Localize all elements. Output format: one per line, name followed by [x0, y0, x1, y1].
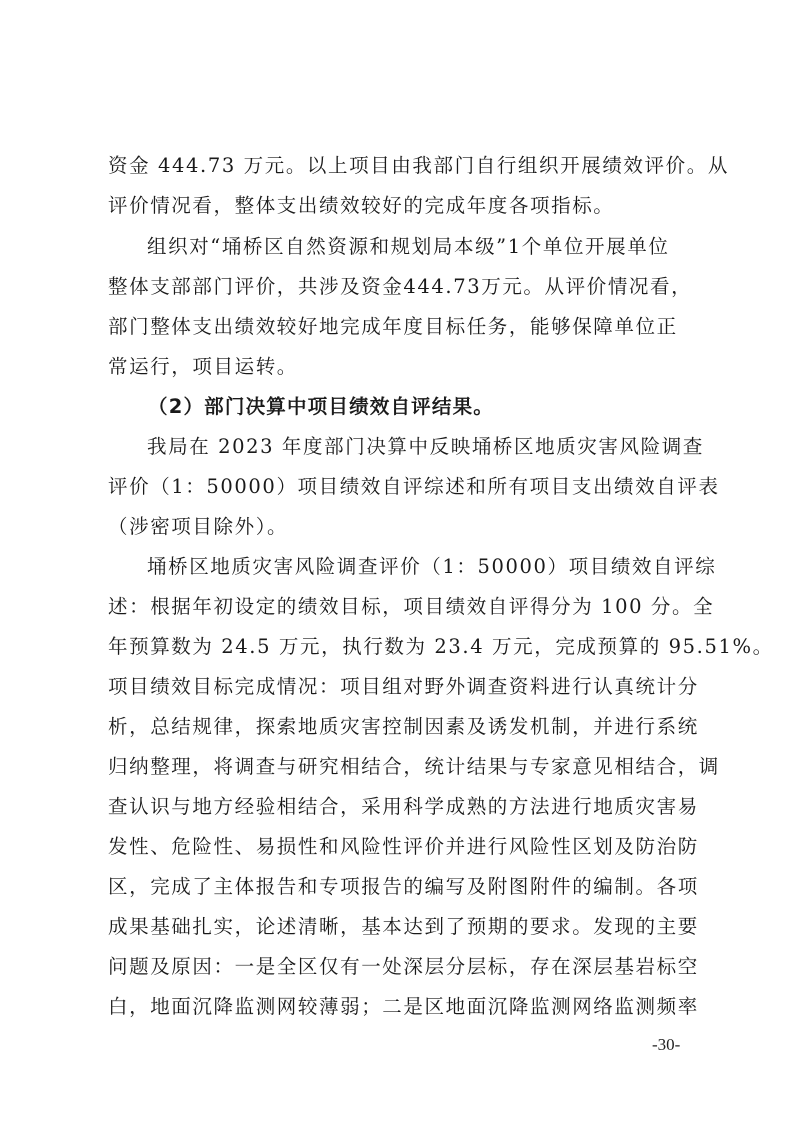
paragraph-line: 白，地面沉降监测网较薄弱；二是区地面沉降监测网络监测频率 [108, 993, 692, 1021]
paragraph-line: 常运行，项目运转。 [108, 353, 692, 381]
paragraph-line: （涉密项目除外）。 [108, 513, 692, 541]
paragraph-line: 归纳整理，将调查与研究相结合，统计结果与专家意见相结合，调 [108, 753, 692, 781]
paragraph-line: 评价情况看，整体支出绩效较好的完成年度各项指标。 [108, 192, 692, 220]
paragraph-line: 年预算数为 24.5 万元，执行数为 23.4 万元，完成预算的 95.51%。 [108, 633, 692, 661]
document-page: 资金 444.73 万元。以上项目由我部门自行组织开展绩效评价。从 评价情况看，… [0, 0, 793, 1122]
paragraph-line: 部门整体支出绩效较好地完成年度目标任务，能够保障单位正 [108, 313, 692, 341]
paragraph-line: 项目绩效目标完成情况：项目组对野外调查资料进行认真统计分 [108, 673, 692, 701]
paragraph-line: 资金 444.73 万元。以上项目由我部门自行组织开展绩效评价。从 [108, 152, 692, 180]
paragraph-line: 区，完成了主体报告和专项报告的编写及附图附件的编制。各项 [108, 873, 692, 901]
paragraph-line: 成果基础扎实，论述清晰，基本达到了预期的要求。发现的主要 [108, 913, 692, 941]
paragraph-line: 我局在 2023 年度部门决算中反映埇桥区地质灾害风险调查 [147, 433, 692, 461]
paragraph-line: 整体支部部门评价，共涉及资金444.73万元。从评价情况看， [108, 273, 692, 301]
paragraph-line: 问题及原因：一是全区仅有一处深层分层标，存在深层基岩标空 [108, 953, 692, 981]
paragraph-line: 发性、危险性、易损性和风险性评价并进行风险性区划及防治防 [108, 833, 692, 861]
paragraph-line: 析，总结规律，探索地质灾害控制因素及诱发机制，并进行系统 [108, 713, 692, 741]
paragraph-line: 查认识与地方经验相结合，采用科学成熟的方法进行地质灾害易 [108, 793, 692, 821]
paragraph-line: 组织对“埇桥区自然资源和规划局本级”1个单位开展单位 [147, 233, 692, 261]
paragraph-line: 述：根据年初设定的绩效目标，项目绩效自评得分为 100 分。全 [108, 593, 692, 621]
section-heading: （2）部门决算中项目绩效自评结果。 [148, 393, 732, 421]
page-number: -30- [652, 1035, 680, 1055]
paragraph-line: 评价（1：50000）项目绩效自评综述和所有项目支出绩效自评表 [108, 473, 692, 501]
paragraph-line: 埇桥区地质灾害风险调查评价（1：50000）项目绩效自评综 [147, 553, 692, 581]
